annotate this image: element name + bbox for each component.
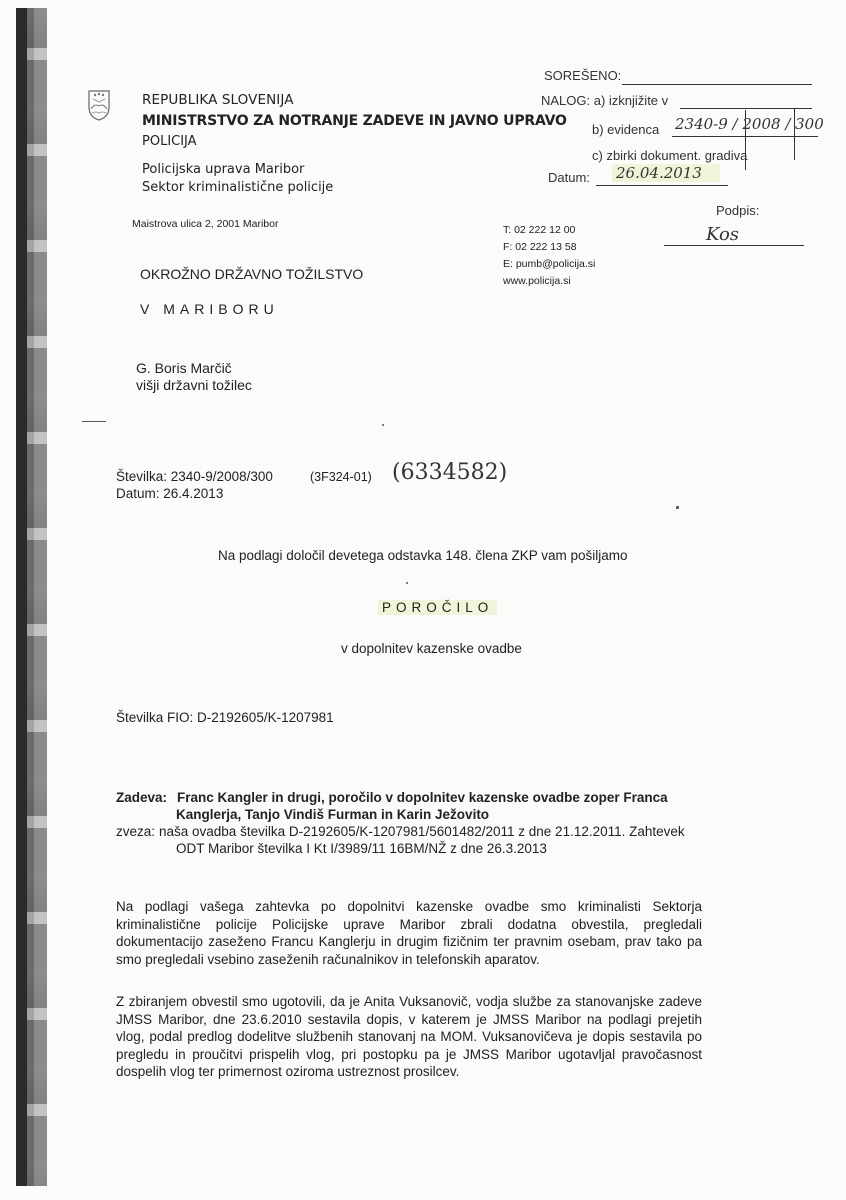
body-paragraph-1: Na podlagi vašega zahtevka po dopolnitvi… bbox=[116, 898, 702, 968]
reference-number: Številka: 2340-9/2008/300 bbox=[116, 469, 273, 484]
stamp-resolved-label: SOREŠENO: bbox=[544, 68, 621, 83]
fold-mark bbox=[82, 421, 106, 422]
contact-web[interactable]: www.policija.si bbox=[503, 275, 571, 287]
subject-line-1: Franc Kangler in drugi, poročilo v dopol… bbox=[177, 790, 668, 805]
reference-date: Datum: 26.4.2013 bbox=[116, 486, 223, 501]
stamp-tick bbox=[794, 108, 795, 160]
relation-line-1: naša ovadba številka D-2192605/K-1207981… bbox=[159, 824, 685, 839]
stamp-signature: Kos bbox=[706, 224, 739, 245]
relation-label: zveza: bbox=[116, 824, 155, 839]
header-agency: POLICIJA bbox=[142, 134, 197, 149]
header-unit: Policijska uprava Maribor bbox=[142, 162, 304, 177]
stamp-order-label: NALOG: a) izknjižite v bbox=[541, 93, 668, 108]
document-subtitle: v dopolnitev kazenske ovadbe bbox=[341, 641, 522, 656]
stamp-resolved-line bbox=[622, 84, 812, 85]
contact-phone: T: 02 222 12 00 bbox=[503, 224, 575, 236]
handwritten-number: (6334582) bbox=[392, 460, 507, 485]
stamp-date-label: Datum: bbox=[548, 170, 590, 185]
header-country: REPUBLIKA SLOVENIJA bbox=[142, 92, 294, 108]
subject-label: Zadeva: bbox=[116, 790, 167, 805]
scan-speck bbox=[406, 582, 408, 584]
contact-fax: F: 02 222 13 58 bbox=[503, 241, 577, 253]
recipient-city: V MARIBORU bbox=[140, 301, 279, 317]
recipient-office: OKROŽNO DRŽAVNO TOŽILSTVO bbox=[140, 266, 363, 282]
stamp-collection-label: c) zbirki dokument. gradiva bbox=[592, 148, 747, 163]
header-ministry: MINISTRSTVO ZA NOTRANJE ZADEVE IN JAVNO … bbox=[142, 113, 567, 129]
stamp-date-line bbox=[596, 185, 728, 186]
contact-email: E: pumb@policija.si bbox=[503, 258, 595, 270]
binding-strip-edge bbox=[27, 8, 47, 1186]
reference-code: (3F324-01) bbox=[310, 470, 372, 484]
recipient-name: G. Boris Marčič bbox=[136, 360, 232, 376]
document-title: POROČILO bbox=[378, 600, 497, 615]
coat-of-arms-icon bbox=[87, 89, 111, 121]
stamp-evidence-value: 2340-9 / 2008 / 300 bbox=[675, 115, 824, 133]
header-department: Sektor kriminalistične policije bbox=[142, 180, 333, 195]
header-address: Maistrova ulica 2, 2001 Maribor bbox=[132, 218, 278, 230]
stamp-evidence-label: b) evidenca bbox=[592, 122, 659, 137]
stamp-signature-label: Podpis: bbox=[716, 203, 759, 218]
stamp-date-value: 26.04.2013 bbox=[612, 164, 720, 182]
stamp-order-line bbox=[680, 108, 812, 109]
recipient-title: višji državni tožilec bbox=[136, 377, 252, 393]
intro-text: Na podlagi določil devetega odstavka 148… bbox=[218, 548, 628, 563]
stamp-signature-line bbox=[664, 245, 804, 246]
scan-speck bbox=[382, 424, 384, 426]
relation-line-2: ODT Maribor številka I Kt I/3989/11 16BM… bbox=[176, 841, 547, 856]
scan-speck bbox=[676, 506, 679, 509]
subject-line-2: Kanglerja, Tanjo Vindiš Furman in Karin … bbox=[176, 807, 489, 822]
body-paragraph-2: Z zbiranjem obvestil smo ugotovili, da j… bbox=[116, 993, 702, 1081]
fio-number: Številka FIO: D-2192605/K-1207981 bbox=[116, 710, 334, 725]
